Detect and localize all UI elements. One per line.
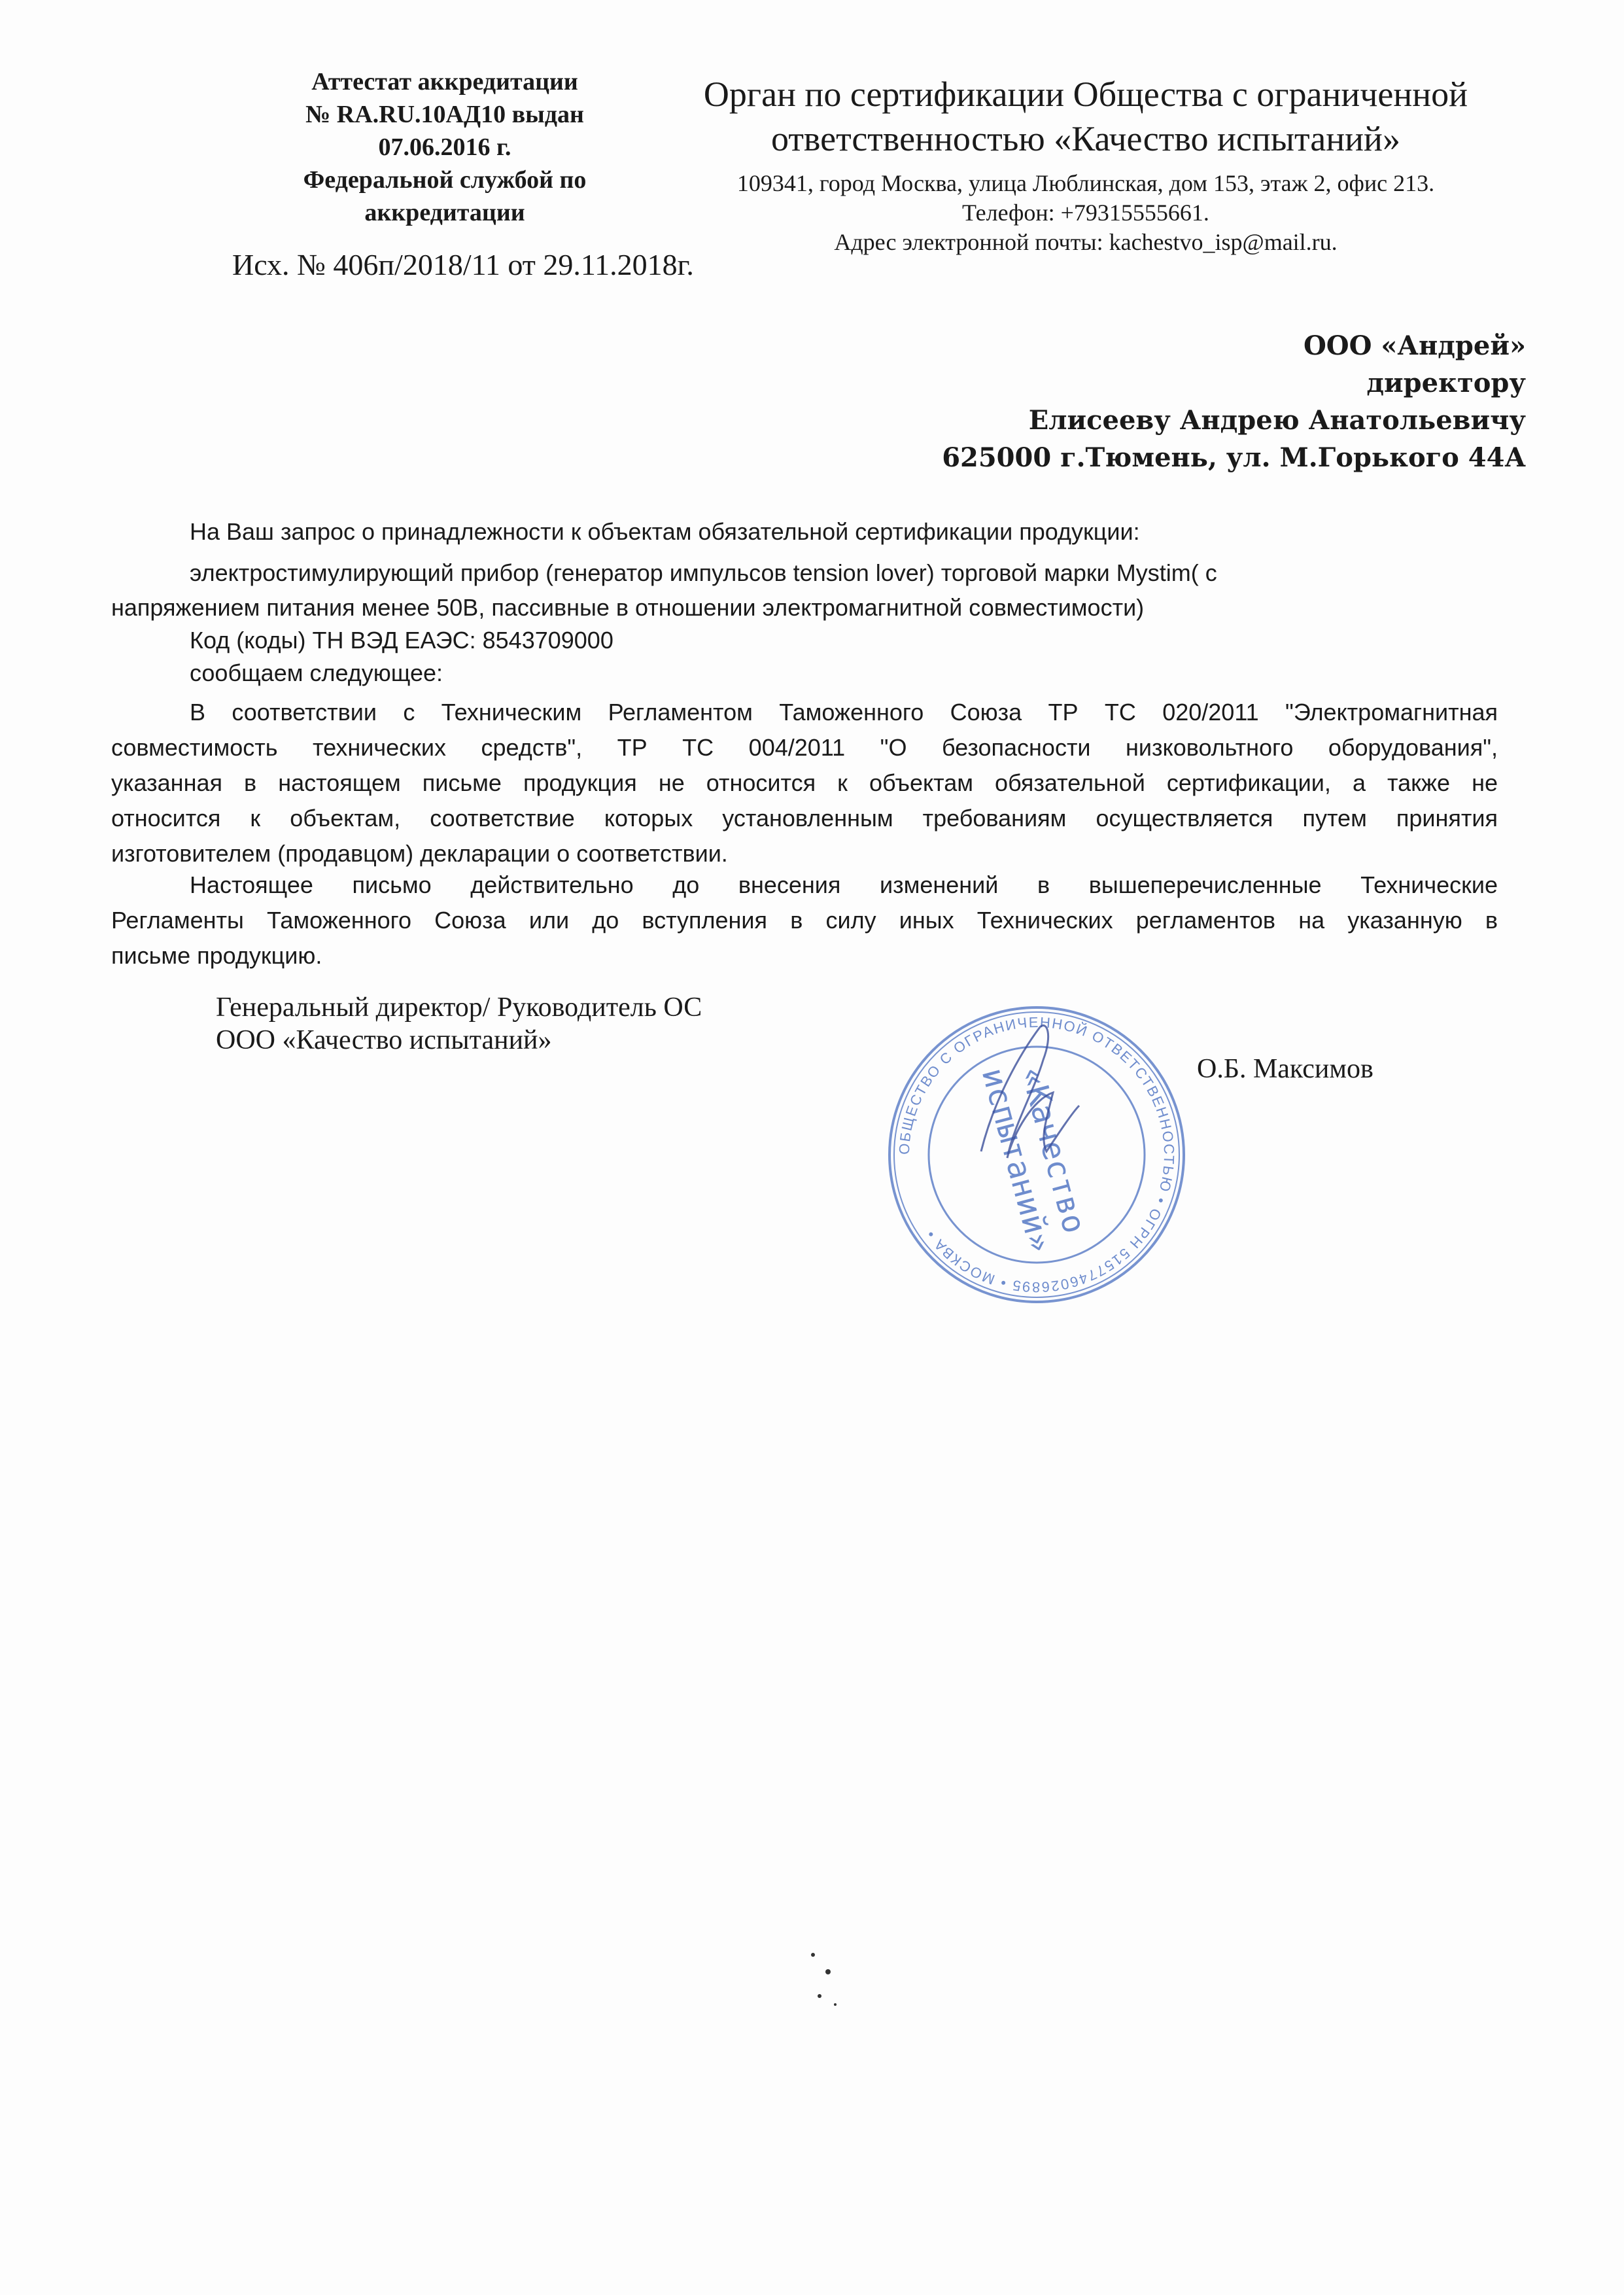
paragraph1-line: В соответствии с Техническим Регламентом…: [190, 699, 1498, 726]
scan-artifact: [834, 2003, 837, 2006]
organization-title: Орган по сертификации Общества с огранич…: [661, 72, 1511, 161]
organization-title-line: Орган по сертификации Общества с огранич…: [661, 72, 1511, 116]
paragraph1-line: совместимость технических средств", ТР Т…: [111, 734, 1498, 762]
accreditation-block: Аттестат аккредитации № RA.RU.10АД10 выд…: [262, 65, 628, 229]
we-inform: сообщаем следующее:: [190, 659, 443, 687]
scan-artifact: [825, 1969, 831, 1974]
paragraph1-line: относится к объектам, соответствие котор…: [111, 805, 1498, 832]
paragraph2-line: письме продукцию.: [111, 942, 322, 970]
paragraph1-line: указанная в настоящем письме продукция н…: [111, 769, 1498, 797]
product-line: напряжением питания менее 50В, пассивные…: [111, 594, 1144, 622]
paragraph2-line: Настоящее письмо действительно до внесен…: [190, 871, 1498, 899]
organization-contacts: 109341, город Москва, улица Люблинская, …: [674, 169, 1498, 257]
addressee-name: Елисееву Андрею Анатольевичу: [872, 402, 1526, 439]
signatory-name: О.Б. Максимов: [1197, 1053, 1373, 1085]
scan-artifact: [818, 1994, 821, 1998]
paragraph2-line: Регламенты Таможенного Союза или до всту…: [111, 907, 1498, 934]
addressee-address: 625000 г.Тюмень, ул. М.Горького 44А: [872, 439, 1526, 476]
request-intro: На Ваш запрос о принадлежности к объекта…: [190, 518, 1140, 546]
product-line: электростимулирующий прибор (генератор и…: [190, 559, 1217, 587]
accreditation-line: 07.06.2016 г.: [262, 131, 628, 164]
tn-ved-code: Код (коды) ТН ВЭД ЕАЭС: 8543709000: [190, 627, 613, 654]
accreditation-line: Аттестат аккредитации: [262, 65, 628, 98]
addressee-block: ООО «Андрей» директору Елисееву Андрею А…: [872, 327, 1526, 476]
organization-title-line: ответственностью «Качество испытаний»: [661, 116, 1511, 161]
organization-phone: Телефон: +79315555661.: [674, 198, 1498, 228]
organization-email: Адрес электронной почты: kachestvo_isp@m…: [674, 228, 1498, 257]
addressee-position: директору: [872, 364, 1526, 402]
company-stamp: ОБЩЕСТВО С ОГРАНИЧЕННОЙ ОТВЕТСТВЕННОСТЬЮ…: [883, 1001, 1190, 1308]
signatory-title: Генеральный директор/ Руководитель ОС ОО…: [216, 991, 702, 1057]
scan-artifact: [811, 1953, 815, 1957]
paragraph1-line: изготовителем (продавцом) декларации о с…: [111, 840, 728, 867]
outgoing-reference: Исх. № 406п/2018/11 от 29.11.2018г.: [232, 247, 694, 282]
accreditation-line: Федеральной службой по: [262, 164, 628, 196]
addressee-company: ООО «Андрей»: [872, 327, 1526, 364]
accreditation-line: аккредитации: [262, 196, 628, 229]
accreditation-line: № RA.RU.10АД10 выдан: [262, 98, 628, 131]
organization-address: 109341, город Москва, улица Люблинская, …: [674, 169, 1498, 198]
